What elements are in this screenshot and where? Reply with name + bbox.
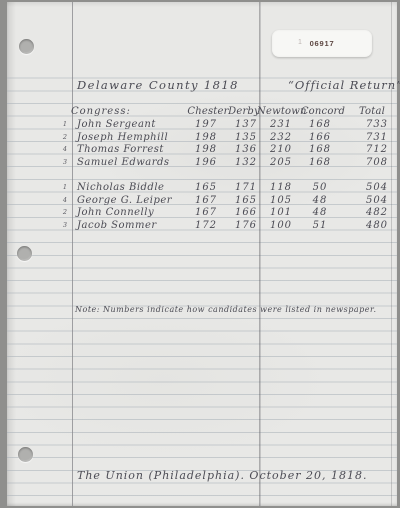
source-citation: The Union (Philadelphia). October 20, 18… xyxy=(77,469,367,483)
column-header-total: Total xyxy=(348,105,396,118)
table-row: 3 Jacob Sommer 172 176 100 51 480 xyxy=(7,219,397,232)
listing-order: 1 xyxy=(55,118,67,131)
vote-concord: 168 xyxy=(298,143,342,156)
punch-hole-bottom xyxy=(18,447,33,462)
candidate-name: Nicholas Biddle xyxy=(77,181,164,194)
vote-total: 482 xyxy=(355,206,399,219)
column-header-newtown: Newtown xyxy=(257,105,305,118)
table-header-row: Congress: Chester Derby Newtown Concord … xyxy=(7,105,397,118)
vote-chester: 172 xyxy=(184,219,228,232)
vote-newtown: 118 xyxy=(259,181,303,194)
listing-order: 4 xyxy=(55,143,67,156)
catalog-label: 1 06917 xyxy=(272,30,372,57)
table-row: 1 John Sergeant 197 137 231 168 733 xyxy=(7,118,397,131)
vote-newtown: 205 xyxy=(259,156,303,169)
vote-concord: 168 xyxy=(298,118,342,131)
listing-order: 2 xyxy=(55,206,67,219)
table-row: 2 John Connelly 167 166 101 48 482 xyxy=(7,206,397,219)
punch-hole-top xyxy=(19,39,34,54)
punch-hole-middle xyxy=(17,246,32,261)
vote-newtown: 101 xyxy=(259,206,303,219)
section-label: Congress: xyxy=(71,105,131,118)
vote-total: 708 xyxy=(355,156,399,169)
vote-chester: 197 xyxy=(184,118,228,131)
vote-total: 733 xyxy=(355,118,399,131)
note-row: Note: Numbers indicate how candidates we… xyxy=(7,303,397,316)
candidate-name: John Connelly xyxy=(77,206,154,219)
notebook-paper: 1 06917 Delaware County 1818 “Official R… xyxy=(7,2,397,506)
vote-newtown: 210 xyxy=(259,143,303,156)
title-row: Delaware County 1818 “Official Return” xyxy=(7,78,397,92)
note-text: Note: Numbers indicate how candidates we… xyxy=(75,303,376,316)
table-row: 4 Thomas Forrest 198 136 210 168 712 xyxy=(7,143,397,156)
listing-order: 3 xyxy=(55,156,67,169)
listing-order: 1 xyxy=(55,181,67,194)
vote-concord: 51 xyxy=(298,219,342,232)
label-number: 06917 xyxy=(272,39,372,48)
vote-chester: 196 xyxy=(184,156,228,169)
vote-chester: 198 xyxy=(184,143,228,156)
vote-concord: 50 xyxy=(298,181,342,194)
vote-chester: 165 xyxy=(184,181,228,194)
table-row: 3 Samuel Edwards 196 132 205 168 708 xyxy=(7,156,397,169)
candidate-name: John Sergeant xyxy=(77,118,156,131)
vote-concord: 48 xyxy=(298,206,342,219)
page-title: Delaware County 1818 xyxy=(77,78,239,92)
source-row: The Union (Philadelphia). October 20, 18… xyxy=(7,469,397,483)
vote-total: 712 xyxy=(355,143,399,156)
vote-total: 480 xyxy=(355,219,399,232)
vote-total: 504 xyxy=(355,181,399,194)
candidate-name: Jacob Sommer xyxy=(77,219,157,232)
column-header-concord: Concord xyxy=(299,105,347,118)
vote-newtown: 100 xyxy=(259,219,303,232)
official-return-label: “Official Return” xyxy=(288,78,400,92)
scanned-page: 1 06917 Delaware County 1818 “Official R… xyxy=(0,0,400,508)
vote-newtown: 231 xyxy=(259,118,303,131)
vote-concord: 168 xyxy=(298,156,342,169)
listing-order: 3 xyxy=(55,219,67,232)
candidate-name: Samuel Edwards xyxy=(77,156,170,169)
vote-chester: 167 xyxy=(184,206,228,219)
candidate-name: Thomas Forrest xyxy=(77,143,164,156)
table-row: 1 Nicholas Biddle 165 171 118 50 504 xyxy=(7,181,397,194)
